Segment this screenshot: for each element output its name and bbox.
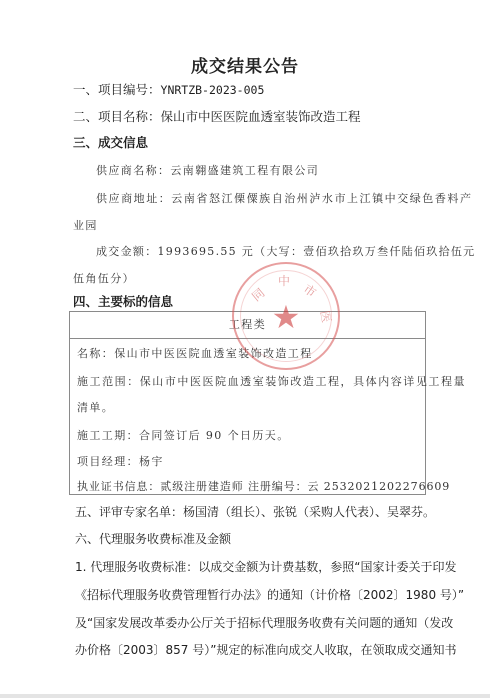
project-number: 一、项目编号：YNRTZB-2023-005 [73, 80, 264, 98]
project-number-label: 一、项目编号： [73, 82, 161, 97]
project-name: 二、项目名称：保山市中医医院血透室装饰改造工程 [73, 107, 361, 125]
fee-paragraph-line: 《招标代理服务收费管理暂行办法》的通知（计价格〔2002〕1980 号）” [75, 586, 464, 603]
table-row: 名称：保山市中医医院血透室装饰改造工程 [77, 345, 313, 361]
table-row: 施工范围：保山市中医医院血透室装饰改造工程，具体内容详见工程量 [77, 373, 466, 389]
subject-info-table: 工程类 名称：保山市中医医院血透室装饰改造工程 施工范围：保山市中医医院血透室装… [69, 311, 426, 495]
table-row: 项目经理：杨宇 [77, 453, 164, 469]
project-name-value: 保山市中医医院血透室装饰改造工程 [161, 109, 361, 124]
seal-text: 市 [300, 280, 320, 301]
fee-paragraph-line: 及“国家发展改革委办公厅关于招标代理服务收费有关问题的通知（发改 [75, 614, 453, 631]
project-name-label: 二、项目名称： [73, 109, 161, 124]
review-experts: 五、评审专家名单：杨国清（组长）、张锐（采购人代表）、吴翠芬。 [75, 503, 435, 520]
section-main-subject-heading: 四、主要标的信息 [73, 292, 173, 310]
section-agency-fee-heading: 六、代理服务收费标准及金额 [75, 530, 231, 547]
page-title: 成交结果公告 [0, 52, 490, 77]
table-header: 工程类 [70, 312, 425, 339]
table-row: 执业证书信息：贰级注册建造师 注册编号：云 2532021202276609 [77, 478, 450, 494]
project-number-value: YNRTZB-2023-005 [161, 83, 265, 97]
fee-paragraph-line: 1. 代理服务收费标准：以成交金额为计费基数，参照“国家计委关于印发 [75, 558, 456, 575]
supplier-address-line2: 业园 [73, 217, 98, 233]
seal-text: 同 [248, 284, 268, 305]
document-page: 成交结果公告 一、项目编号：YNRTZB-2023-005 二、项目名称：保山市… [0, 0, 490, 694]
supplier-name: 供应商名称：云南翱盛建筑工程有限公司 [96, 162, 319, 178]
supplier-address-line1: 供应商地址：云南省怒江傈僳族自治州泸水市上江镇中交绿色香料产 [96, 190, 473, 206]
deal-amount-line1: 成交金额：1993695.55 元（大写：壹佰玖拾玖万叁仟陆佰玖拾伍元 [96, 243, 475, 259]
deal-amount-line2: 伍角伍分） [73, 270, 135, 286]
table-row: 清单。 [77, 399, 114, 415]
section-deal-info-heading: 三、成交信息 [73, 133, 148, 151]
page-bottom-edge [0, 694, 490, 698]
seal-text: 中 [278, 272, 290, 289]
table-row: 施工工期：合同签订后 90 个日历天。 [77, 427, 290, 443]
fee-paragraph-line: 办价格〔2003〕857 号）”规定的标准向成交人收取，在领取成交通知书 [75, 641, 456, 658]
